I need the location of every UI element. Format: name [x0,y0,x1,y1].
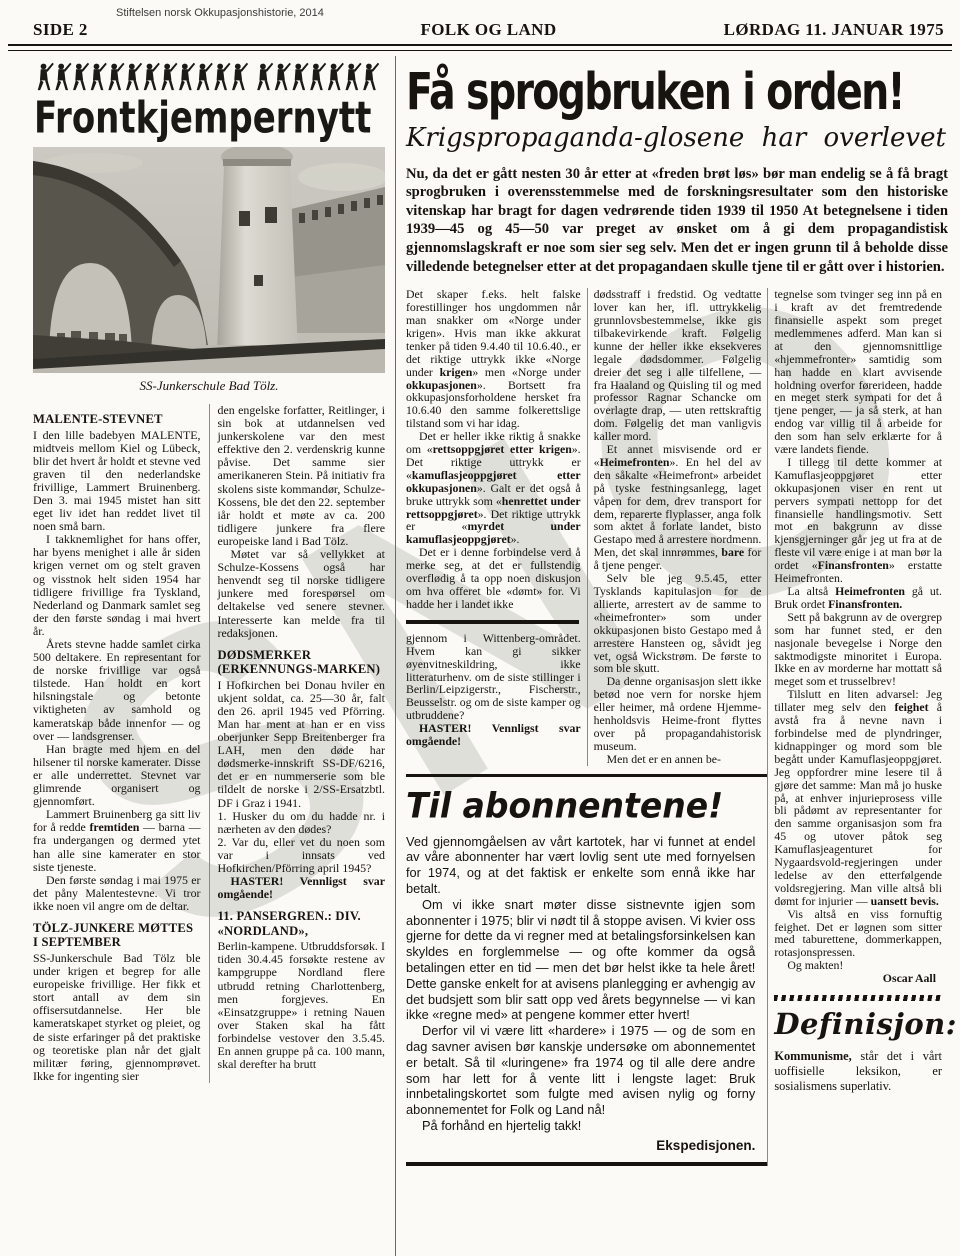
paragraph: I tillegg til dette kommer at Kamuflasje… [774,456,942,585]
paragraph: På forhånd en hjertelig takk! [406,1118,755,1134]
column-heading: 11. PANSERGREN.: DIV. «NORDLAND», [218,909,386,938]
paragraph: Han bragte med hjem en del hilsener til … [33,743,201,808]
paragraph: Selv ble jeg 9.5.45, etter Tysklands kap… [594,572,762,675]
paragraph: 1. Husker du om du hadde nr. i nærheten … [218,810,386,836]
paragraph: Men det er en annen be- [594,753,762,766]
column-4: dødsstraff i fredstid. Og vedtatte lover… [587,288,768,766]
paragraph: Derfor vil vi være litt «hardere» i 1975… [406,1023,755,1118]
definisjon-title: Definisjon: [774,1009,942,1039]
til-abonnentene-section: Til abonnentene! Ved gjennomgåelsen av v… [406,774,767,1166]
paragraph: Den første søndag i mai 1975 er det påny… [33,874,201,913]
til-abonnentene-title: Til abonnentene! [406,788,755,822]
paragraph: gjennom i Wittenberg-området. Hvem kan g… [406,632,581,722]
article-photo: SS-Junkerschule Bad Tölz. [33,147,385,394]
paragraph: den engelske forfatter, Reitlinger, i si… [218,404,386,548]
paragraph: SS-Junkerschule Bad Tölz ble under krige… [33,952,201,1083]
paragraph: Ved gjennomgåelsen av vårt kartotek, har… [406,834,755,897]
frontkjempernytt-section: Frontkjempernytt [33,56,385,1256]
column-5-text: tegnelse som tvinger seg inn på en i kra… [774,288,942,985]
paragraph: Det er heller ikke riktig å snakke om «r… [406,430,581,546]
column-3: Det skaper f.eks. helt falske forestilli… [406,288,587,766]
paragraph: I Hofkirchen bei Donau hviler en ukjent … [218,679,386,810]
article-columns: Det skaper f.eks. helt falske forestilli… [406,288,948,1165]
paragraph: La altså Heimefronten gå ut. Bruk ordet … [774,585,942,611]
frontkjempernytt-title: Frontkjempernytt [34,97,332,140]
paragraph: I takknemlighet for hans offer, har byen… [33,533,201,638]
section-divider-rule [406,620,579,624]
article-headline: Få sprogbruken i orden! [406,66,872,117]
paragraph: Møtet var så vellykket at Schulze-Kossen… [218,548,386,640]
paper-title: FOLK OG LAND [337,20,641,40]
page-content: Frontkjempernytt [33,56,948,1256]
paragraph: Det skaper f.eks. helt falske forestilli… [406,288,581,430]
column-1: MALENTE-STEVNETI den lille badebyen MALE… [33,404,201,1083]
paragraph: HASTER! Vennligst svar omgående! [406,722,581,748]
paragraph: Et annet misvisende ord er «Heimefronten… [594,443,762,572]
column-heading: TÖLZ-JUNKERE MØTTES I SEPTEMBER [33,921,201,950]
ss-junkerschule-photo-illustration [33,147,385,373]
photo-caption: SS-Junkerschule Bad Tölz. [33,378,385,394]
scan-attribution-note: Stiftelsen norsk Okkupasjonshistorie, 20… [116,7,324,19]
paragraph: tegnelse som tvinger seg inn på en i kra… [774,288,942,456]
marching-soldiers-graphic [33,62,385,94]
paragraph: Tilslutt en liten advarsel: Jeg tillater… [774,688,942,907]
paragraph: Sett på bakgrunn av de overgrep som har … [774,611,942,688]
article-intro: Nu, da det er gått nesten 30 år etter at… [406,165,948,277]
paragraph: Da denne organisasjon slett ikke betød n… [594,675,762,752]
definisjon-text: Kommunisme, står det i vårt uoffisielle … [774,1049,942,1095]
column-heading: DØDSMERKER (ERKENNUNGS-MARKEN) [218,648,386,677]
paragraph: I den lille badebyen MALENTE, midtveis m… [33,429,201,534]
paragraph: Berlin-kampene. Utbruddsforsøk. I tiden … [218,940,386,1071]
paragraph: dødsstraff i fredstid. Og vedtatte lover… [594,288,762,443]
paragraph: HASTER! Vennligst svar omgående! [218,875,386,901]
column-5: tegnelse som tvinger seg inn på en i kra… [767,288,948,1165]
issue-date: LØRDAG 11. JANUAR 1975 [640,20,944,40]
definisjon-section: Definisjon: Kommunisme, står det i vårt … [774,1009,942,1094]
signature: Oscar Aall [774,972,942,985]
left-text-columns: MALENTE-STEVNETI den lille badebyen MALE… [33,404,385,1083]
wavy-divider [774,995,942,1001]
masthead: SIDE 2 FOLK OG LAND LØRDAG 11. JANUAR 19… [33,20,944,40]
paragraph: Det er i denne forbindelse verd å merke … [406,546,581,611]
newspaper-page: SNO Stiftelsen norsk Okkupasjonshistorie… [0,0,960,1256]
masthead-rule [8,44,952,51]
main-article: Få sprogbruken i orden! Krigspropaganda-… [395,56,948,1256]
paragraph: Vis altså en viss fornuftig feighet. Det… [774,908,942,960]
signature: Ekspedisjonen. [406,1138,755,1154]
article-subtitle: Krigspropaganda-glosene har overlevet se… [406,124,948,153]
column-2: den engelske forfatter, Reitlinger, i si… [209,404,386,1083]
paragraph: Om vi ikke snart møter disse sistnevnte … [406,897,755,1023]
column-heading: MALENTE-STEVNET [33,412,201,427]
til-abonnentene-body: Ved gjennomgåelsen av vårt kartotek, har… [406,834,755,1154]
paragraph: Lammert Bruinenberg ga sitt liv for å re… [33,808,201,873]
page-number-label: SIDE 2 [33,20,337,40]
paragraph: 2. Var du, eller vet du noen som var i i… [218,836,386,875]
paragraph: Årets stevne hadde samlet cirka 500 delt… [33,638,201,743]
